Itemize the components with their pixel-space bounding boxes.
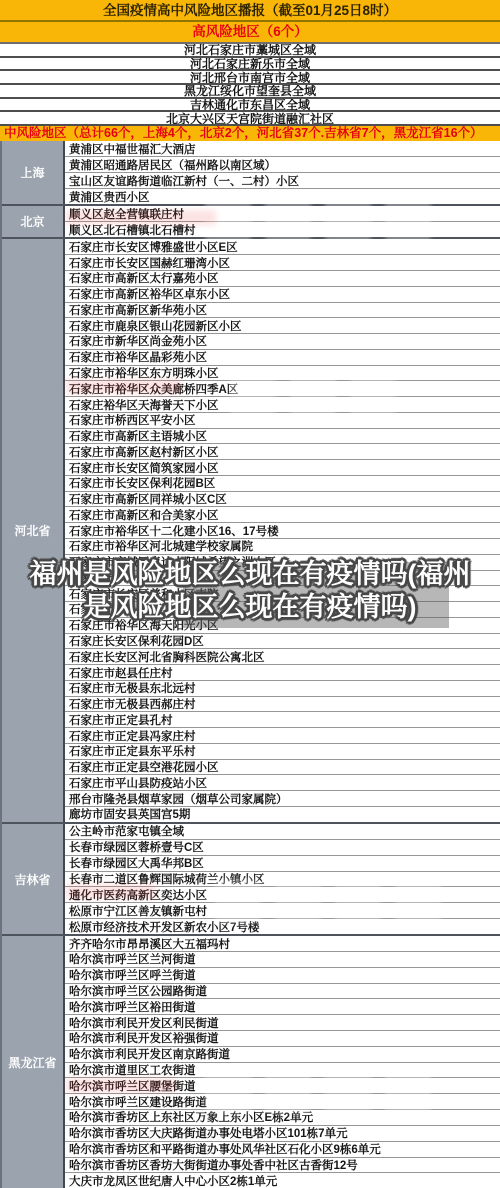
risk-area-report: 全国疫情高中风险地区播报（截至01月25日8时） 高风险地区（6个） 河北石家庄… xyxy=(0,0,500,1188)
high-risk-row: 北京大兴区天宫院街道融汇社区 xyxy=(0,112,500,126)
province-rows: 公主岭市范家屯镇全域长春市绿园区蓉桥壹号C区长春市绿园区大禹华邦B区长春市二道区… xyxy=(65,824,500,934)
area-row: 石家庄市新华区尚金苑小区 xyxy=(65,333,500,349)
area-row: 齐齐哈尔市昂昂溪区大五福玛村 xyxy=(65,936,500,951)
area-row: 石家庄市高新区赵村新区小区 xyxy=(65,443,500,459)
high-risk-row: 河北石家庄新乐市全域 xyxy=(0,58,500,72)
high-risk-header: 高风险地区（6个） xyxy=(0,22,500,44)
area-row: 哈尔滨市利民开发区裕强街道 xyxy=(65,1030,500,1046)
area-row: 石家庄市正定县空港花园小区 xyxy=(65,759,500,775)
province-block: 上海黄浦区中福世福汇大酒店黄浦区昭通路居民区（福州路以南区域）宝山区友谊路街道临… xyxy=(2,141,500,204)
area-row: 石家庄市高新区裕华区卓东小区 xyxy=(65,286,500,302)
overlay-title: 福州是风险地区么现在有疫情吗(福州 是风险地区么现在有疫情吗) xyxy=(0,558,500,624)
province-rows: 顺义区赵全营镇联庄村顺义区北石槽镇北石槽村 xyxy=(65,206,500,237)
province-rows: 石家庄市长安区博雅盛世小区E区石家庄市长安区国赫红珊湾小区石家庄市高新区太行嘉苑… xyxy=(65,239,500,821)
area-row: 大庆市龙凤区世纪唐人中心小区2栋1单元 xyxy=(65,1172,500,1188)
area-row: 石家庄市正定县东平乐村 xyxy=(65,743,500,759)
area-row: 长春市绿园区大禹华邦B区 xyxy=(65,855,500,871)
area-row: 哈尔滨市呼兰区建设路街道 xyxy=(65,1093,500,1109)
area-row: 石家庄市平山县防疫站小区 xyxy=(65,774,500,790)
area-row: 石家庄市正定县孔村 xyxy=(65,711,500,727)
area-row: 石家庄长安区河北省胸科医院公寓北区 xyxy=(65,648,500,664)
province-name: 北京 xyxy=(20,213,44,230)
area-row: 哈尔滨市香坊区上东社区万象上东小区E栋2单元 xyxy=(65,1109,500,1125)
overlay-line-1: 福州是风险地区么现在有疫情吗(福州 xyxy=(0,558,500,591)
province-label: 上海 xyxy=(2,141,65,204)
area-row: 公主岭市范家屯镇全域 xyxy=(65,824,500,839)
area-row: 石家庄市无极县西郝庄村 xyxy=(65,696,500,712)
province-label: 黑龙江省 xyxy=(2,936,65,1188)
area-row: 石家庄裕华区天海誉天下小区 xyxy=(65,396,500,412)
area-row: 石家庄市裕华区十二化建小区16、17号楼 xyxy=(65,522,500,538)
province-block: 黑龙江省齐齐哈尔市昂昂溪区大五福玛村哈尔滨市呼兰区兰河街道哈尔滨市呼兰区呼兰街道… xyxy=(2,934,500,1188)
area-row: 石家庄市赵县任庄村 xyxy=(65,664,500,680)
area-row: 石家庄市鹿泉区银山花园新区小区 xyxy=(65,317,500,333)
area-row: 石家庄市裕华区东方明珠小区 xyxy=(65,365,500,381)
mid-risk-header: 中风险地区（总计66个，上海4个，北京2个，河北省37个.吉林省7个，黑龙江省1… xyxy=(0,126,500,142)
area-row: 松原市经济技术开发区新农小区7号楼 xyxy=(65,918,500,934)
province-label: 北京 xyxy=(2,206,65,237)
area-row: 哈尔滨市道里区工农街道 xyxy=(65,1062,500,1078)
area-row: 哈尔滨市呼兰区兰河街道 xyxy=(65,951,500,967)
area-row: 哈尔滨市呼兰区公园路街道 xyxy=(65,983,500,999)
area-row: 石家庄市裕华区晶彩苑小区 xyxy=(65,349,500,365)
area-row: 石家庄市裕华区河北城建学校家属院 xyxy=(65,538,500,554)
area-row: 长春市二道区鲁辉国际城荷兰小镇小区 xyxy=(65,871,500,887)
area-row: 石家庄市长安区简筑家园小区 xyxy=(65,459,500,475)
area-row: 宝山区友谊路街道临江新村（一、二村）小区 xyxy=(65,172,500,188)
high-risk-row: 河北石家庄市藁城区全域 xyxy=(0,44,500,58)
area-row: 哈尔滨市香坊区香坊大街街道办事处香中社区古香街12号 xyxy=(65,1157,500,1173)
area-row: 石家庄市长安区国赫红珊湾小区 xyxy=(65,254,500,270)
area-row: 长春市绿园区蓉桥壹号C区 xyxy=(65,839,500,855)
area-row: 松原市宁江区善友镇新屯村 xyxy=(65,902,500,918)
province-block: 吉林省公主岭市范家屯镇全域长春市绿园区蓉桥壹号C区长春市绿园区大禹华邦B区长春市… xyxy=(2,822,500,934)
area-row: 黄浦区昭通路居民区（福州路以南区域） xyxy=(65,156,500,172)
area-row: 顺义区北石槽镇北石槽村 xyxy=(65,221,500,237)
area-row: 哈尔滨市利民开发区利民街道 xyxy=(65,1014,500,1030)
province-block: 北京顺义区赵全营镇联庄村顺义区北石槽镇北石槽村 xyxy=(2,204,500,237)
area-row: 石家庄市长安区保利花园B区 xyxy=(65,475,500,491)
area-row: 哈尔滨市利民开发区南京路街道 xyxy=(65,1046,500,1062)
area-row: 石家庄长安区保利花园D区 xyxy=(65,633,500,649)
high-risk-row: 河北邢台市南宫市全域 xyxy=(0,71,500,85)
province-rows: 黄浦区中福世福汇大酒店黄浦区昭通路居民区（福州路以南区域）宝山区友谊路街道临江新… xyxy=(65,141,500,204)
area-row: 石家庄市无极县东北远村 xyxy=(65,680,500,696)
overlay-line-2: 是风险地区么现在有疫情吗) xyxy=(0,591,500,624)
area-row: 哈尔滨市香坊区大庆路街道办事处电塔小区101栋7单元 xyxy=(65,1125,500,1141)
area-row: 石家庄市正定县冯家庄村 xyxy=(65,727,500,743)
area-row: 石家庄市长安区博雅盛世小区E区 xyxy=(65,239,500,254)
area-row: 哈尔滨市呼兰区裕田街道 xyxy=(65,998,500,1014)
area-row: 邢台市隆尧县烟草家园（烟草公司家属院） xyxy=(65,790,500,806)
area-row: 廊坊市固安县英国宫5期 xyxy=(65,806,500,822)
province-name: 上海 xyxy=(20,164,44,181)
area-row: 石家庄市桥西区平安小区 xyxy=(65,412,500,428)
area-row: 哈尔滨市呼兰区呼兰街道 xyxy=(65,967,500,983)
area-row: 石家庄市高新区新华苑小区 xyxy=(65,302,500,318)
area-row: 石家庄市高新区主语城小区 xyxy=(65,428,500,444)
province-table: 上海黄浦区中福世福汇大酒店黄浦区昭通路居民区（福州路以南区域）宝山区友谊路街道临… xyxy=(0,141,500,1188)
province-name: 河北省 xyxy=(14,522,50,539)
area-row: 哈尔滨市香坊区和平路街道办事处风华社区石化小区9栋6单元 xyxy=(65,1141,500,1157)
area-row: 石家庄市高新区太行嘉苑小区 xyxy=(65,270,500,286)
area-row: 通化市医药高新区奕达小区 xyxy=(65,886,500,902)
province-label: 河北省 xyxy=(2,239,65,821)
province-name: 吉林省 xyxy=(14,871,50,888)
province-rows: 齐齐哈尔市昂昂溪区大五福玛村哈尔滨市呼兰区兰河街道哈尔滨市呼兰区呼兰街道哈尔滨市… xyxy=(65,936,500,1188)
area-row: 石家庄市高新区和合美家小区 xyxy=(65,506,500,522)
area-row: 石家庄市高新区同祥城小区C区 xyxy=(65,491,500,507)
area-row: 哈尔滨市呼兰区腰堡街道 xyxy=(65,1077,500,1093)
province-block: 河北省石家庄市长安区博雅盛世小区E区石家庄市长安区国赫红珊湾小区石家庄市高新区太… xyxy=(2,237,500,821)
report-title: 全国疫情高中风险地区播报（截至01月25日8时） xyxy=(0,0,500,22)
area-row: 黄浦区贵西小区 xyxy=(65,188,500,204)
high-risk-row: 黑龙江绥化市望奎县全域 xyxy=(0,85,500,99)
high-risk-row: 吉林通化市东昌区全域 xyxy=(0,99,500,113)
province-label: 吉林省 xyxy=(2,824,65,934)
high-risk-list: 河北石家庄市藁城区全域河北石家庄新乐市全域河北邢台市南宫市全域黑龙江绥化市望奎县… xyxy=(0,44,500,126)
area-row: 顺义区赵全营镇联庄村 xyxy=(65,206,500,221)
area-row: 石家庄市裕华区众美廊桥四季A区 xyxy=(65,380,500,396)
province-name: 黑龙江省 xyxy=(8,1054,56,1071)
area-row: 黄浦区中福世福汇大酒店 xyxy=(65,141,500,156)
